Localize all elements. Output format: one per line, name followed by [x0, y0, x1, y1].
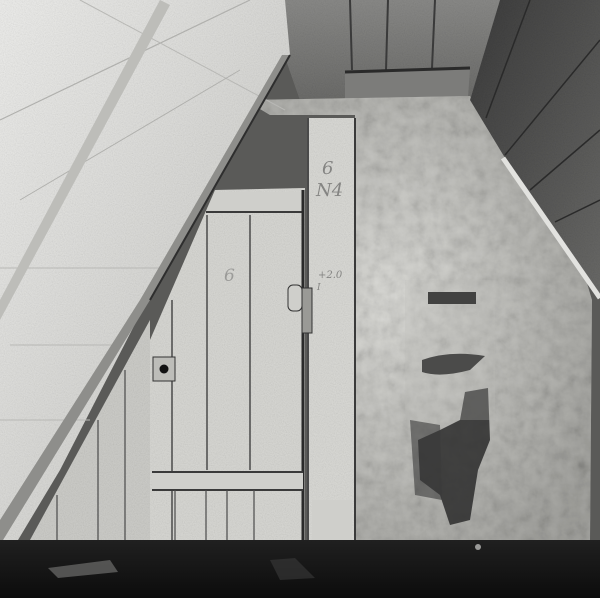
- attic-photograph: [0, 0, 600, 598]
- floor: [0, 540, 600, 598]
- door-hinge: [288, 285, 302, 311]
- door-post: [308, 118, 355, 540]
- top-ceiling-boards: [265, 0, 500, 100]
